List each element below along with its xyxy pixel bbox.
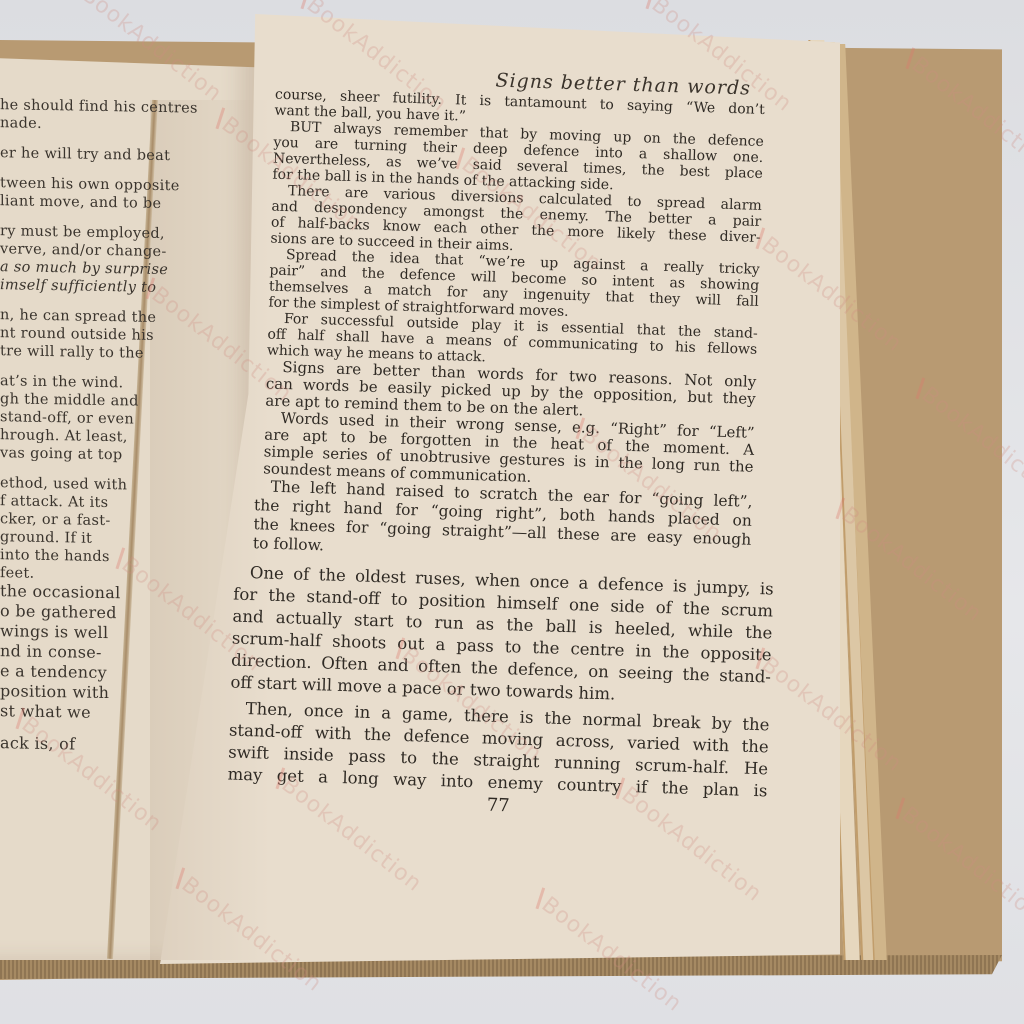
text-line: er he will try and beat <box>0 144 210 166</box>
page-body: course, sheer futility. It is tantamount… <box>261 87 765 569</box>
text-line: imself sufficiently to <box>0 276 210 298</box>
page-body-lower: One of the oldest ruses, when once a def… <box>227 562 774 803</box>
text-line: tre will rally to the <box>0 342 210 364</box>
page-number: 77 <box>486 795 510 817</box>
text-line: vas going at top <box>0 444 210 466</box>
text-line: nade. <box>0 114 210 136</box>
text-line: ack is, of <box>0 734 210 758</box>
text-line: liant move, and to be <box>0 192 210 214</box>
left-page-text: he should find his centres nade. er he w… <box>0 96 210 758</box>
